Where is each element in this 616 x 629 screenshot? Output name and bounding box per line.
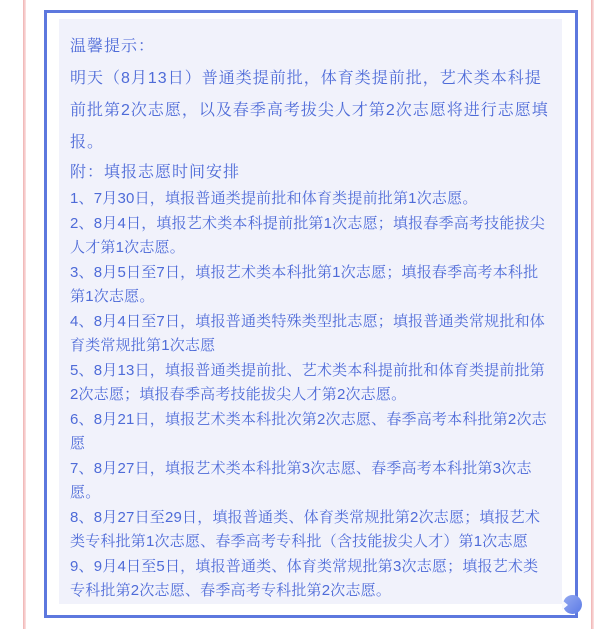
left-pink-rule bbox=[23, 0, 26, 629]
schedule-item-3: 3、8月5日至7日，填报艺术类本科批第1次志愿；填报春季高考本科批第1次志愿。 bbox=[70, 261, 550, 309]
schedule-item-8: 8、8月27日至29日，填报普通类、体育类常规批第2次志愿；填报艺术类专科批第1… bbox=[70, 506, 550, 554]
corner-bubble-notch-icon bbox=[562, 600, 568, 610]
schedule-item-7: 7、8月27日，填报艺术类本科批第3次志愿、春季高考本科批第3次志愿。 bbox=[70, 457, 550, 505]
schedule-item-4: 4、8月4日至7日，填报普通类特殊类型批志愿；填报普通类常规批和体育类常规批第1… bbox=[70, 310, 550, 358]
notice-title: 温馨提示： bbox=[70, 31, 550, 63]
attachment-heading: 附：填报志愿时间安排 bbox=[70, 159, 550, 187]
notice-frame: 温馨提示： 明天（8月13日）普通类提前批，体育类提前批，艺术类本科提前批第2次… bbox=[44, 10, 578, 618]
schedule-item-5: 5、8月13日，填报普通类提前批、艺术类本科提前批和体育类提前批第2次志愿；填报… bbox=[70, 359, 550, 407]
notice-intro: 明天（8月13日）普通类提前批，体育类提前批，艺术类本科提前批第2次志愿，以及春… bbox=[70, 63, 550, 159]
schedule-item-6: 6、8月21日，填报艺术类本科批次第2次志愿、春季高考本科批第2次志愿 bbox=[70, 408, 550, 456]
right-pink-rule bbox=[591, 0, 594, 629]
schedule-item-2: 2、8月4日，填报艺术类本科提前批第1次志愿；填报春季高考技能拔尖人才第1次志愿… bbox=[70, 212, 550, 260]
schedule-item-9: 9、9月4日至5日，填报普通类、体育类常规批第3次志愿；填报艺术类专科批第2次志… bbox=[70, 555, 550, 603]
notice-panel: 温馨提示： 明天（8月13日）普通类提前批，体育类提前批，艺术类本科提前批第2次… bbox=[59, 19, 562, 604]
schedule-item-1: 1、7月30日，填报普通类提前批和体育类提前批第1次志愿。 bbox=[70, 187, 550, 211]
